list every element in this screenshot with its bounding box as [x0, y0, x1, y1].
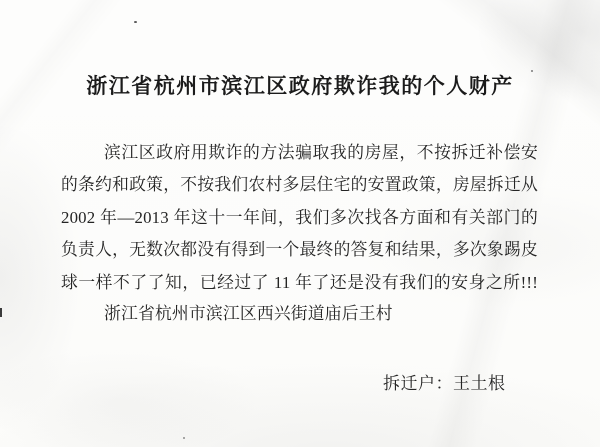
body-line-4: 负责人，无数次都没有得到一个最终的答复和结果，多次象踢皮: [61, 234, 538, 266]
letter-body: 滨江区政府用欺诈的方法骗取我的房屋，不按拆迁补偿安置 的条约和政策，不按我们农村…: [61, 137, 538, 330]
body-line-2: 的条约和政策，不按我们农村多层住宅的安置政策，房屋拆迁从: [61, 169, 538, 201]
scanned-letter-photo: 浙江省杭州市滨江区政府欺诈我的个人财产 滨江区政府用欺诈的方法骗取我的房屋，不按…: [0, 0, 600, 447]
body-line-5: 球一样不了了知，已经过了 11 年了还是没有我们的安身之所!!!: [61, 267, 538, 299]
body-line-3: 2002 年—2013 年这十一年间，我们多次找各方面和有关部门的: [61, 202, 538, 234]
letter-title: 浙江省杭州市滨江区政府欺诈我的个人财产: [0, 70, 600, 100]
address-line: 浙江省杭州市滨江区西兴街道庙后王村: [61, 298, 538, 330]
signature-line: 拆迁户：王土根: [383, 369, 506, 394]
paper-speck: [183, 437, 185, 439]
scan-edge-artifact: [0, 308, 2, 317]
paper-speck: [134, 21, 137, 23]
body-line-1: 滨江区政府用欺诈的方法骗取我的房屋，不按拆迁补偿安置: [61, 137, 538, 169]
